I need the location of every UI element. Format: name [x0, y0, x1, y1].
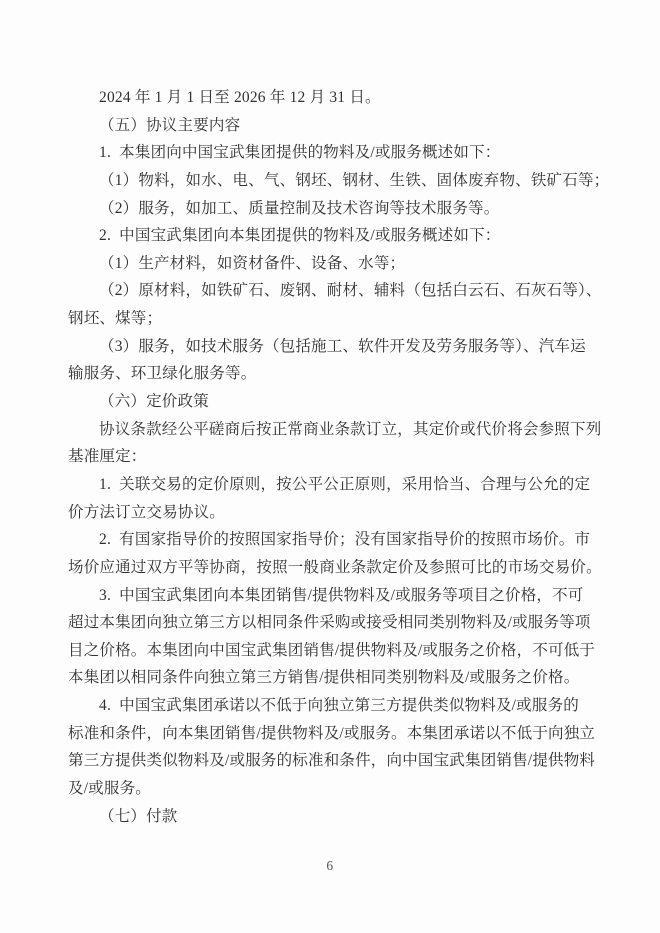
text-line: 输服务、环卫绿化服务等。: [68, 360, 616, 388]
text-line: 场价应通过双方平等协商，按照一般商业条款定价及参照可比的市场交易价。: [68, 554, 616, 582]
text-line: 1. 本集团向中国宝武集团提供的物料及/或服务概述如下：: [68, 139, 616, 167]
text-line: 标准和条件，向本集团销售/提供物料及/或服务。本集团承诺以不低于向独立: [68, 720, 616, 748]
text-line: 本集团以相同条件向独立第三方销售/提供相同类别物料及/或服务之价格。: [68, 664, 616, 692]
text-line: 价方法订立交易协议。: [68, 499, 616, 527]
text-line: （1）生产材料，如资材备件、设备、水等；: [68, 250, 616, 278]
text-line: （五）协议主要内容: [68, 112, 616, 140]
text-line: （2）服务，如加工、质量控制及技术咨询等技术服务等。: [68, 195, 616, 223]
page-number: 6: [0, 858, 660, 874]
text-line: （六）定价政策: [68, 388, 616, 416]
document-page: 2024 年 1 月 1 日至 2026 年 12 月 31 日。（五）协议主要…: [0, 0, 660, 933]
document-body: 2024 年 1 月 1 日至 2026 年 12 月 31 日。（五）协议主要…: [68, 84, 616, 830]
text-line: 3. 中国宝武集团向本集团销售/提供物料及/或服务等项目之价格，不可: [68, 582, 616, 610]
text-line: 1. 关联交易的定价原则，按公平公正原则，采用恰当、合理与公允的定: [68, 471, 616, 499]
text-line: 超过本集团向独立第三方以相同条件采购或接受相同类别物料及/或服务等项: [68, 609, 616, 637]
text-line: （2）原材料，如铁矿石、废钢、耐材、辅料（包括白云石、石灰石等）、: [68, 277, 616, 305]
text-line: 第三方提供类似物料及/或服务的标准和条件，向中国宝武集团销售/提供物料: [68, 747, 616, 775]
text-line: 钢坯、煤等；: [68, 305, 616, 333]
text-line: 4. 中国宝武集团承诺以不低于向独立第三方提供类似物料及/或服务的: [68, 692, 616, 720]
text-line: 2. 中国宝武集团向本集团提供的物料及/或服务概述如下：: [68, 222, 616, 250]
text-line: （1）物料，如水、电、气、钢坯、钢材、生铁、固体废弃物、铁矿石等；: [68, 167, 616, 195]
text-line: 协议条款经公平磋商后按正常商业条款订立，其定价或代价将会参照下列: [68, 416, 616, 444]
text-line: 基准厘定：: [68, 443, 616, 471]
text-line: 目之价格。本集团向中国宝武集团销售/提供物料及/或服务之价格，不可低于: [68, 637, 616, 665]
text-line: 2. 有国家指导价的按照国家指导价；没有国家指导价的按照市场价。市: [68, 526, 616, 554]
text-line: （七）付款: [68, 803, 616, 831]
text-line: （3）服务，如技术服务（包括施工、软件开发及劳务服务等）、汽车运: [68, 333, 616, 361]
text-line: 及/或服务。: [68, 775, 616, 803]
text-line: 2024 年 1 月 1 日至 2026 年 12 月 31 日。: [68, 84, 616, 112]
